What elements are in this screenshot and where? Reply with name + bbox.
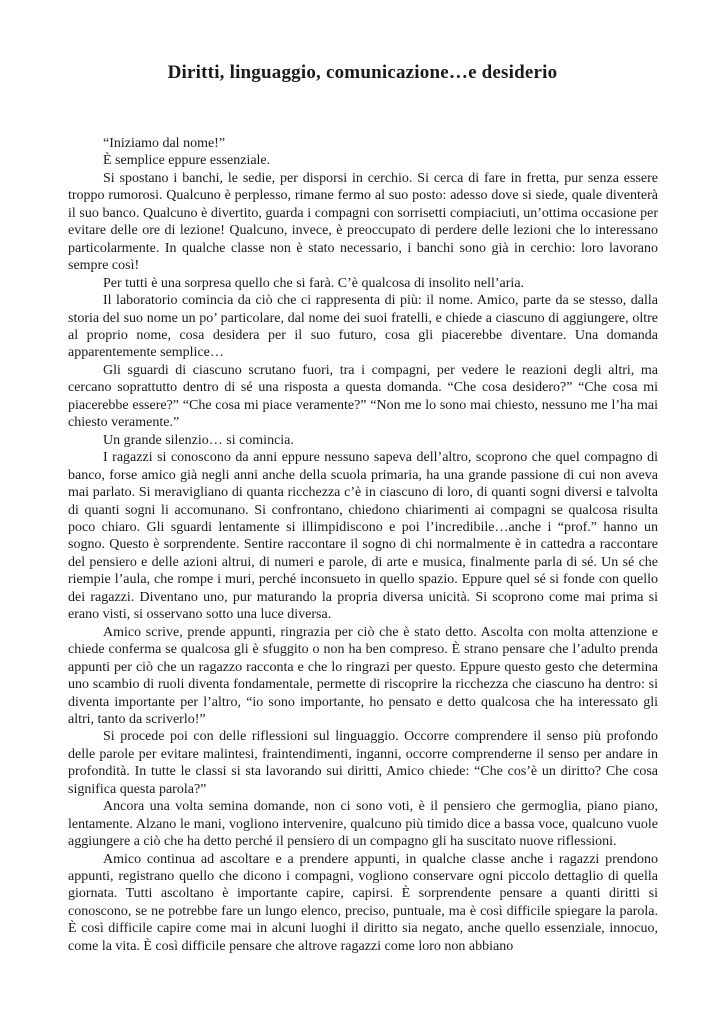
paragraph: Amico scrive, prende appunti, ringrazia … (68, 624, 658, 729)
paragraph: Ancora una volta semina domande, non ci … (68, 798, 658, 850)
paragraph: Per tutti è una sorpresa quello che si f… (68, 275, 658, 292)
paragraph: I ragazzi si conoscono da anni eppure ne… (68, 449, 658, 624)
paragraph: Gli sguardi di ciascuno scrutano fuori, … (68, 362, 658, 432)
paragraph: È semplice eppure essenziale. (68, 152, 658, 169)
paragraph: Si spostano i banchi, le sedie, per disp… (68, 170, 658, 275)
paragraph: Amico continua ad ascoltare e a prendere… (68, 851, 658, 956)
document-page: Diritti, linguaggio, comunicazione…e des… (0, 0, 725, 1024)
paragraph: Un grande silenzio… si comincia. (68, 432, 658, 449)
page-title: Diritti, linguaggio, comunicazione…e des… (0, 62, 725, 84)
paragraph: Il laboratorio comincia da ciò che ci ra… (68, 292, 658, 362)
paragraph: Si procede poi con delle riflessioni sul… (68, 728, 658, 798)
paragraph: “Iniziamo dal nome!” (68, 135, 658, 152)
document-body: “Iniziamo dal nome!” È semplice eppure e… (68, 135, 658, 955)
